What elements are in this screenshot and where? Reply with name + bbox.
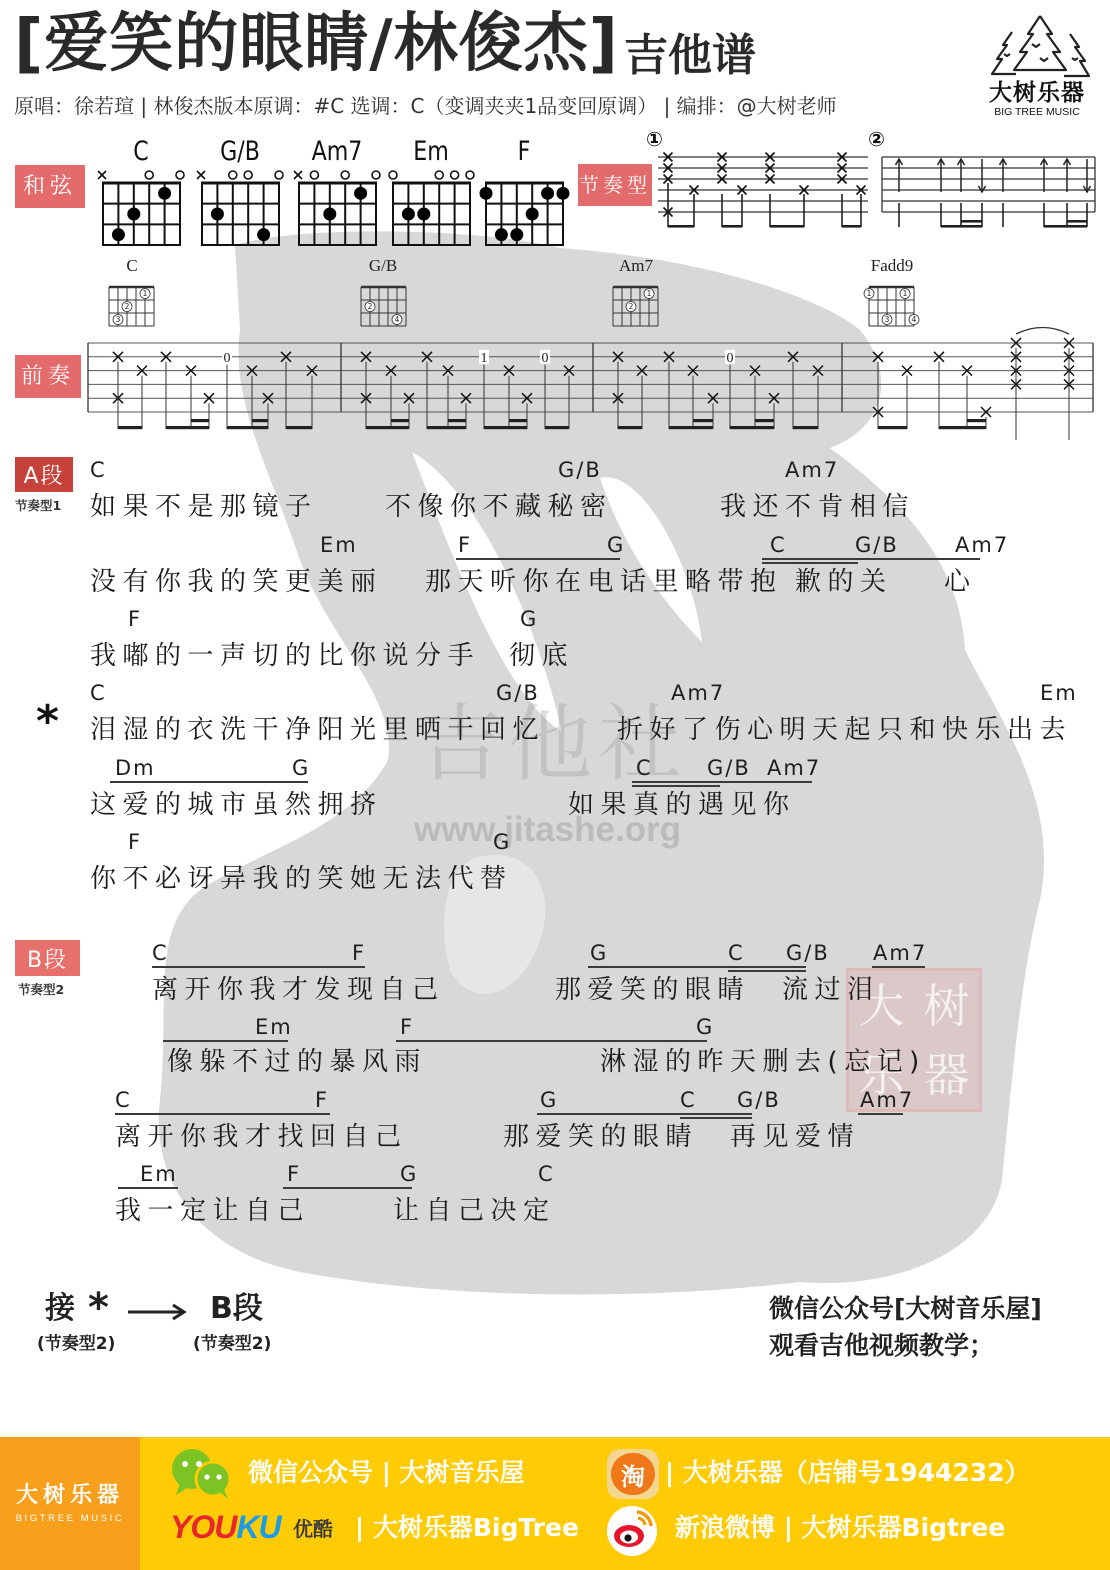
chord-symbol: F <box>128 606 142 632</box>
lyric-text: 如果不是那镜子 <box>90 490 318 524</box>
lyric-text: 如果真的遇见你 <box>568 788 796 822</box>
chord-diagram-am7 <box>292 168 384 248</box>
chord-symbol: G <box>607 532 625 558</box>
arrow-right-icon <box>126 1302 188 1322</box>
chord-duration-line <box>118 1187 178 1189</box>
chord-symbol: G/B <box>737 1087 781 1113</box>
lyric-text: 让自己决定 <box>393 1194 556 1228</box>
rhythm-label: 节奏型 <box>578 164 652 206</box>
lyric-text: 我嘟的一声切的比你说分手 <box>90 639 480 673</box>
chord-symbol: C <box>770 532 787 558</box>
chord-symbol: C <box>538 1161 555 1187</box>
chord-symbol: Dm <box>115 755 156 781</box>
chord-symbol: G <box>590 940 608 966</box>
chord-symbol: Am7 <box>767 755 821 781</box>
chord-duration-line <box>680 1117 752 1119</box>
chord-symbol: G <box>493 829 511 855</box>
chord-duration-line <box>632 781 812 783</box>
logo-subtitle: BIG TREE MUSIC <box>985 106 1089 118</box>
lyric-text: 淋湿的昨天删去(忘记) <box>600 1045 926 1079</box>
youku-account-text: | 大树乐器BigTree <box>355 1512 579 1544</box>
lyric-text: 彻底 <box>509 639 574 673</box>
weibo-account-text: 新浪微博 | 大树乐器Bigtree <box>675 1512 1005 1544</box>
chord-duration-line <box>456 558 620 560</box>
x-note-mark <box>197 171 205 179</box>
footer-brand-subtitle: BIGTREE MUSIC <box>0 1513 140 1525</box>
chord-symbol: F <box>287 1161 301 1187</box>
chord-symbol: G/B <box>558 457 602 483</box>
chord-duration-line <box>728 970 806 972</box>
chord-symbol: G <box>292 755 310 781</box>
chord-symbol: C <box>90 457 107 483</box>
svg-text:1: 1 <box>481 351 488 366</box>
section-b-label: B段 <box>15 940 80 976</box>
wechat-icon <box>168 1447 236 1501</box>
intro-chord-name-fadd9: Fadd9 <box>862 256 922 276</box>
chord-symbol: F <box>128 829 142 855</box>
chord-diagram-gb <box>195 168 287 248</box>
youku-logo-ku: KU <box>236 1509 280 1545</box>
lyric-text: 不像你不藏秘密 <box>385 490 613 524</box>
taobao-icon: 淘 <box>607 1449 659 1499</box>
rhythm-patterns <box>650 128 1105 233</box>
chord-symbol: G/B <box>855 532 899 558</box>
chord-symbol: F <box>458 532 472 558</box>
svg-text:2: 2 <box>125 302 130 311</box>
seal-char: 器 <box>924 1052 970 1098</box>
chord-duration-line <box>537 1113 752 1115</box>
song-info: 原唱：徐若瑄 | 林俊杰版本原调：#C 选调：C（变调夹夹1品变回原调） | 编… <box>14 93 837 119</box>
chord-symbol: F <box>400 1014 414 1040</box>
chord-duration-line <box>152 966 365 968</box>
intro-chord-name-c: C <box>102 256 162 276</box>
tree-logo-icon <box>990 14 1090 82</box>
chord-symbol: G/B <box>786 940 830 966</box>
lyric-text: 那爱笑的眼睛 <box>555 973 750 1007</box>
chord-symbol: C <box>680 1087 697 1113</box>
lyric-text: 我还不肯相信 <box>720 490 915 524</box>
chord-symbol: Am7 <box>873 940 927 966</box>
chord-name-gb: G/B <box>203 137 277 167</box>
chord-symbol: Em <box>1040 680 1078 706</box>
lyric-text: 像躲不过的暴风雨 <box>167 1045 427 1079</box>
x-note-mark <box>98 171 106 179</box>
promo-line-2: 观看吉他视频教学； <box>769 1330 994 1362</box>
lyric-text: 折好了伤心明天起只和快乐出去 <box>617 713 1072 747</box>
lyric-text: 离开你我才找回自己 <box>115 1120 408 1154</box>
jump-instruction: 接 <box>45 1291 75 1327</box>
logo-name: 大树乐器 <box>985 80 1089 106</box>
chord-diagram-f <box>479 168 571 248</box>
lyric-text: 这爱的城市虽然拥挤 <box>90 788 383 822</box>
chord-duration-line <box>115 1113 330 1115</box>
lyric-text: 心 <box>944 565 977 599</box>
chord-symbol: G/B <box>707 755 751 781</box>
lyric-text: 那爱笑的眼睛 <box>503 1120 698 1154</box>
chord-diagram-c <box>96 168 188 248</box>
lyric-text: 我一定让自己 <box>115 1194 310 1228</box>
jump-rhythm-note: (节奏型2) <box>37 1333 115 1355</box>
chord-duration-line <box>872 966 925 968</box>
svg-text:0: 0 <box>542 351 549 366</box>
taobao-shop-text: | 大树乐器（店铺号1944232） <box>665 1457 1030 1489</box>
chord-duration-line <box>110 781 308 783</box>
wechat-account-text: 微信公众号 | 大树音乐屋 <box>248 1457 525 1489</box>
weibo-icon <box>604 1503 662 1557</box>
youku-logo-you: YOU <box>170 1509 236 1545</box>
chord-symbol: G <box>696 1014 714 1040</box>
chord-duration-line <box>632 785 720 787</box>
chord-symbol: Am7 <box>671 680 725 706</box>
section-a-label: A段 <box>15 457 73 492</box>
chord-symbol: Am7 <box>860 1087 914 1113</box>
chord-duration-line <box>163 1040 288 1042</box>
taobao-glyph: 淘 <box>611 1453 655 1495</box>
chord-symbol: C <box>152 940 169 966</box>
chord-symbol: Em <box>140 1161 178 1187</box>
chord-symbol: F <box>315 1087 329 1113</box>
chord-symbol: C <box>728 940 745 966</box>
lyric-text: 再见爱情 <box>730 1120 860 1154</box>
target-rhythm-note: (节奏型2) <box>193 1333 271 1355</box>
lyric-text: 你不必讶异我的笑她无法代替 <box>90 862 513 896</box>
jump-target: B段 <box>210 1291 263 1327</box>
footer-banner: 大树乐器 BIGTREE MUSIC 微信公众号 | 大树音乐屋 淘 | 大树乐… <box>0 1437 1110 1570</box>
chord-symbol: F <box>352 940 366 966</box>
intro-tablature: 0100 <box>0 320 1110 445</box>
chord-symbol: G <box>540 1087 558 1113</box>
chord-name-am7: Am7 <box>300 137 374 167</box>
chord-duration-line <box>588 966 806 968</box>
chord-name-f: F <box>487 137 561 167</box>
chord-diagram-em <box>386 168 478 248</box>
chord-symbol: C <box>115 1087 132 1113</box>
chord-symbol: C <box>90 680 107 706</box>
chord-duration-line <box>762 558 980 560</box>
intro-chord-name-gb: G/B <box>353 256 413 276</box>
svg-text:0: 0 <box>727 351 734 366</box>
svg-text:1: 1 <box>903 289 908 298</box>
chord-duration-line <box>858 1113 903 1115</box>
svg-text:2: 2 <box>368 302 373 311</box>
lyric-text: 那天听你在电话里略带抱 <box>425 565 783 599</box>
chords-label: 和弦 <box>15 165 85 208</box>
svg-text:1: 1 <box>143 289 148 298</box>
section-a-rhythm: 节奏型1 <box>15 498 61 514</box>
svg-text:1: 1 <box>647 289 652 298</box>
page-title: [爱笑的眼睛/林俊杰] <box>14 6 619 82</box>
svg-text:0: 0 <box>224 351 231 366</box>
svg-text:2: 2 <box>629 302 634 311</box>
lyric-text: 流过泪 <box>782 973 880 1007</box>
intro-chord-name-am7: Am7 <box>606 256 666 276</box>
lyric-text: 歉的关 <box>795 565 893 599</box>
chord-duration-line <box>283 1187 412 1189</box>
chord-duration-line <box>396 1040 707 1042</box>
chord-name-em: Em <box>394 137 468 167</box>
footer-brand-name: 大树乐器 <box>0 1483 140 1509</box>
promo-line-1: 微信公众号[大树音乐屋] <box>769 1293 1042 1325</box>
x-note-mark <box>294 171 302 179</box>
chord-name-c: C <box>104 137 178 167</box>
chord-symbol: G <box>400 1161 418 1187</box>
repeat-star-mark: * <box>36 700 59 744</box>
jump-star-mark: * <box>88 1290 109 1326</box>
section-b-rhythm: 节奏型2 <box>18 982 64 998</box>
svg-text:1: 1 <box>867 289 872 298</box>
chord-symbol: Am7 <box>785 457 839 483</box>
chord-symbol: Am7 <box>955 532 1009 558</box>
chord-symbol: Em <box>320 532 358 558</box>
lyric-text: 离开你我才发现自己 <box>152 973 445 1007</box>
lyric-text: 泪湿的衣洗干净阳光里晒干回忆 <box>90 713 545 747</box>
chord-duration-line <box>762 562 858 564</box>
footer-brand-block: 大树乐器 BIGTREE MUSIC <box>0 1437 140 1570</box>
seal-char: 树 <box>924 983 970 1029</box>
youku-cn-label: 优酷 <box>293 1516 333 1542</box>
chord-symbol: C <box>636 755 653 781</box>
page-title-suffix: 吉他谱 <box>624 30 756 82</box>
chord-symbol: G/B <box>496 680 540 706</box>
guitar-tab-sheet: [爱笑的眼睛/林俊杰] 吉他谱 原唱：徐若瑄 | 林俊杰版本原调：#C 选调：C… <box>0 0 1110 1570</box>
chord-symbol: G <box>520 606 538 632</box>
youku-logo-icon: YOUKU <box>170 1509 281 1545</box>
chord-symbol: Em <box>255 1014 293 1040</box>
lyric-text: 没有你我的笑更美丽 <box>90 565 383 599</box>
